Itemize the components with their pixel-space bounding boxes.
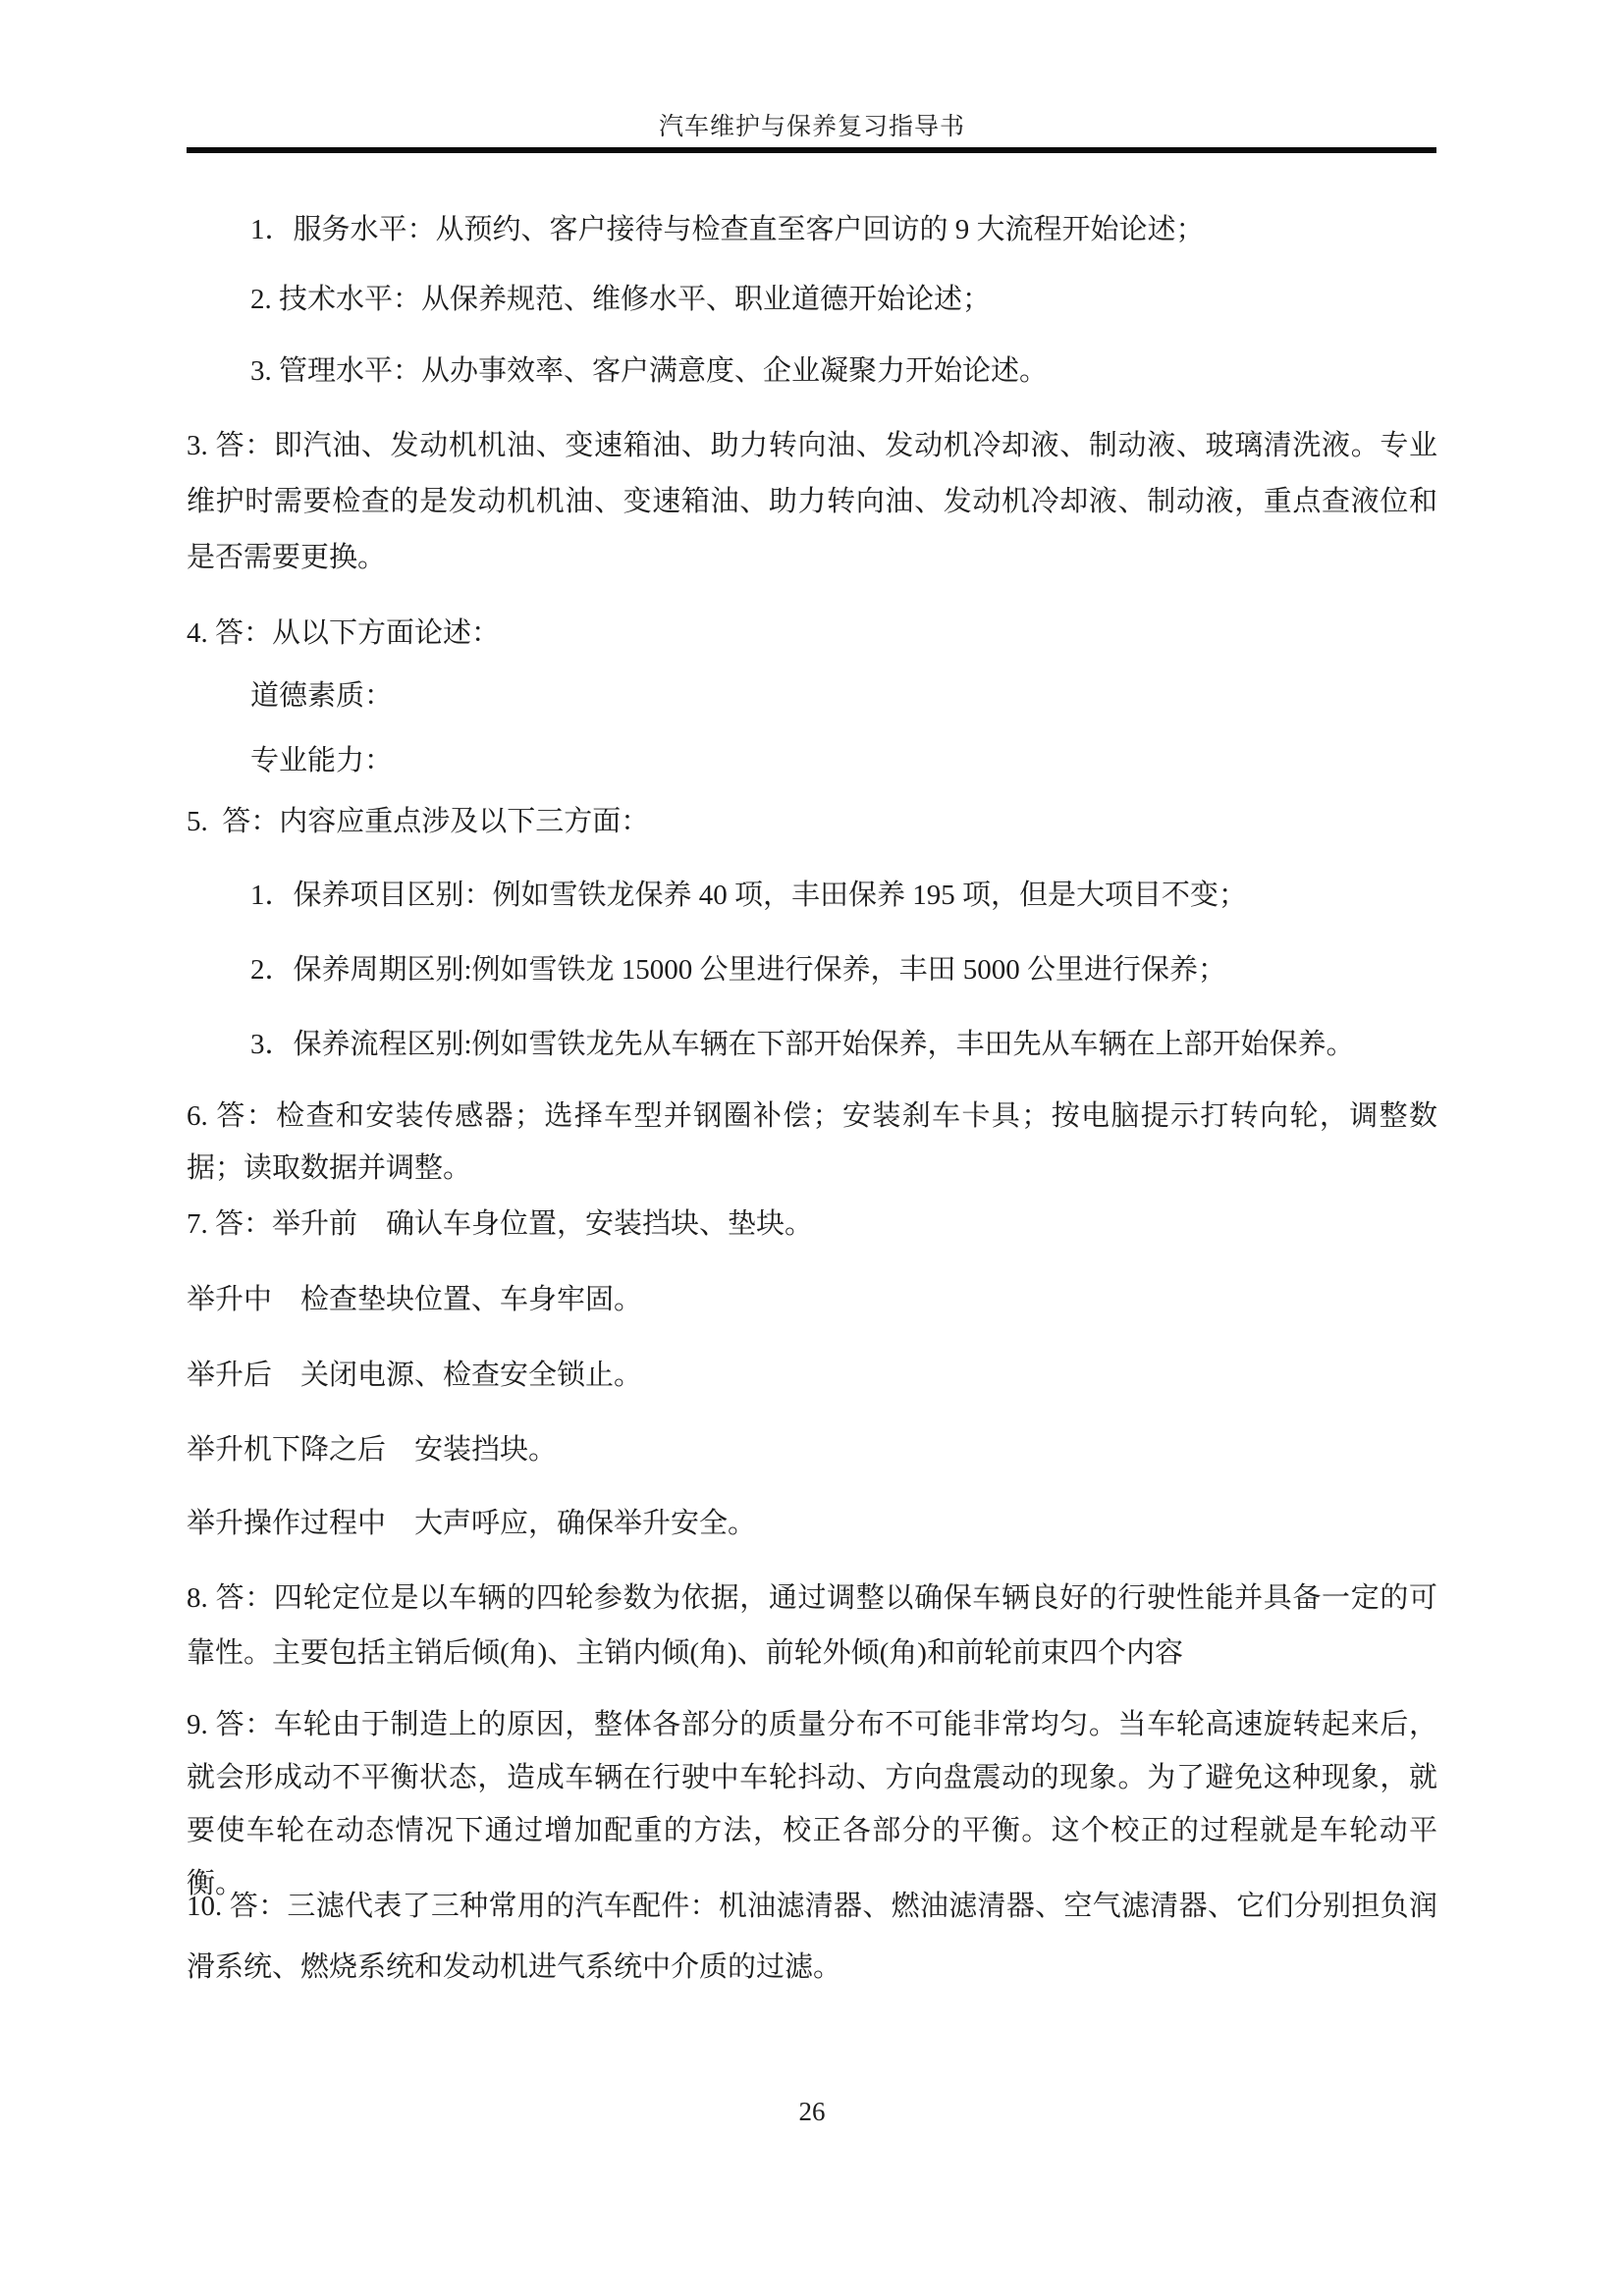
answer-7-step-after-lift: 举升后 关闭电源、检查安全锁止。 — [187, 1356, 1437, 1395]
header-divider — [187, 147, 1436, 153]
document-page: 汽车维护与保养复习指导书 1．服务水平：从预约、客户接待与检查直至客户回访的 9… — [0, 0, 1624, 2296]
answer-6-paragraph: 6. 答：检查和安装传感器；选择车型并钢圈补偿；安装刹车卡具；按电脑提示打转向轮… — [187, 1091, 1437, 1195]
answer-5-item-project-difference: 1．保养项目区别：例如雪铁龙保养 40 项，丰田保养 195 项，但是大项目不变… — [187, 876, 1501, 915]
q2-item-management-level: 3. 管理水平：从办事效率、客户满意度、企业凝聚力开始论述。 — [187, 351, 1501, 391]
answer-7-step-during-operation: 举升操作过程中 大声呼应，确保举升安全。 — [187, 1504, 1437, 1543]
answer-7-step-during-lift: 举升中 检查垫块位置、车身牢固。 — [187, 1280, 1437, 1319]
answer-10-paragraph: 10. 答：三滤代表了三种常用的汽车配件：机油滤清器、燃油滤清器、空气滤清器、它… — [187, 1876, 1437, 1998]
answer-8-paragraph: 8. 答：四轮定位是以车辆的四轮参数为依据，通过调整以确保车辆良好的行驶性能并具… — [187, 1571, 1437, 1681]
answer-5-item-process-difference: 3．保养流程区别:例如雪铁龙先从车辆在下部开始保养，丰田先从车辆在上部开始保养。 — [187, 1025, 1501, 1064]
answer-7-step-after-lowering: 举升机下降之后 安装挡块。 — [187, 1430, 1437, 1469]
answer-5-intro: 5. 答：内容应重点涉及以下三方面： — [187, 802, 1437, 841]
q2-item-service-level: 1．服务水平：从预约、客户接待与检查直至客户回访的 9 大流程开始论述； — [187, 210, 1501, 249]
page-number: 26 — [0, 2094, 1624, 2129]
answer-5-item-cycle-difference: 2．保养周期区别:例如雪铁龙 15000 公里进行保养，丰田 5000 公里进行… — [187, 950, 1501, 989]
answer-4-intro: 4. 答：从以下方面论述： — [187, 614, 1437, 653]
page-header-title: 汽车维护与保养复习指导书 — [0, 110, 1624, 145]
answer-4-item-moral-quality: 道德素质： — [187, 676, 1501, 716]
answer-7-intro: 7. 答：举升前 确认车身位置，安装挡块、垫块。 — [187, 1204, 1437, 1244]
answer-3-paragraph: 3. 答：即汽油、发动机机油、变速箱油、助力转向油、发动机冷却液、制动液、玻璃清… — [187, 418, 1437, 586]
q2-item-technical-level: 2. 技术水平：从保养规范、维修水平、职业道德开始论述； — [187, 280, 1501, 319]
answer-4-item-professional-ability: 专业能力： — [187, 741, 1501, 780]
